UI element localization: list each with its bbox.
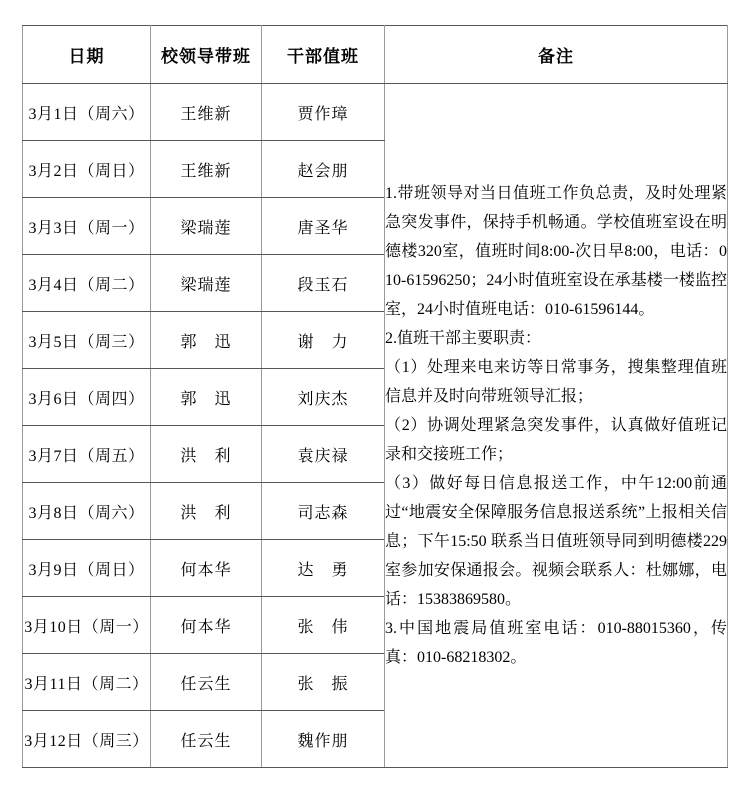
leader-cell: 何本华 <box>151 540 262 597</box>
date-cell: 3月12日（周三） <box>23 711 151 768</box>
cadre-cell: 袁庆禄 <box>262 426 385 483</box>
leader-cell: 郭 迅 <box>151 312 262 369</box>
table-row: 3月1日（周六） 王维新 贾作璋 1.带班领导对当日值班工作负总责，及时处理紧急… <box>23 84 728 141</box>
leader-cell: 梁瑞莲 <box>151 255 262 312</box>
leader-cell: 梁瑞莲 <box>151 198 262 255</box>
col-header-date: 日期 <box>23 26 151 84</box>
note-paragraph: 2.值班干部主要职责： <box>385 324 727 353</box>
duty-roster-table: 日期 校领导带班 干部值班 备注 3月1日（周六） 王维新 贾作璋 1.带班领导… <box>22 25 728 768</box>
note-paragraph: （2）协调处理紧急突发事件，认真做好值班记录和交接班工作； <box>385 411 727 469</box>
cadre-cell: 魏作朋 <box>262 711 385 768</box>
date-cell: 3月9日（周日） <box>23 540 151 597</box>
col-header-cadre: 干部值班 <box>262 26 385 84</box>
date-cell: 3月4日（周二） <box>23 255 151 312</box>
date-cell: 3月7日（周五） <box>23 426 151 483</box>
cadre-cell: 赵会朋 <box>262 141 385 198</box>
leader-cell: 洪 利 <box>151 426 262 483</box>
leader-cell: 何本华 <box>151 597 262 654</box>
date-cell: 3月5日（周三） <box>23 312 151 369</box>
cadre-cell: 谢 力 <box>262 312 385 369</box>
cadre-cell: 刘庆杰 <box>262 369 385 426</box>
date-cell: 3月3日（周一） <box>23 198 151 255</box>
date-cell: 3月11日（周二） <box>23 654 151 711</box>
leader-cell: 郭 迅 <box>151 369 262 426</box>
date-cell: 3月1日（周六） <box>23 84 151 141</box>
notes-cell: 1.带班领导对当日值班工作负总责，及时处理紧急突发事件，保持手机畅通。学校值班室… <box>385 84 728 768</box>
col-header-leader: 校领导带班 <box>151 26 262 84</box>
date-cell: 3月10日（周一） <box>23 597 151 654</box>
date-cell: 3月6日（周四） <box>23 369 151 426</box>
date-cell: 3月8日（周六） <box>23 483 151 540</box>
cadre-cell: 段玉石 <box>262 255 385 312</box>
cadre-cell: 贾作璋 <box>262 84 385 141</box>
note-paragraph: （3）做好每日信息报送工作，中午12:00前通过“地震安全保障服务信息报送系统”… <box>385 469 727 614</box>
col-header-notes: 备注 <box>385 26 728 84</box>
leader-cell: 王维新 <box>151 141 262 198</box>
leader-cell: 王维新 <box>151 84 262 141</box>
leader-cell: 任云生 <box>151 711 262 768</box>
note-paragraph: 1.带班领导对当日值班工作负总责，及时处理紧急突发事件，保持手机畅通。学校值班室… <box>385 179 727 324</box>
note-paragraph: （1）处理来电来访等日常事务，搜集整理值班信息并及时向带班领导汇报； <box>385 353 727 411</box>
cadre-cell: 张 振 <box>262 654 385 711</box>
leader-cell: 洪 利 <box>151 483 262 540</box>
cadre-cell: 唐圣华 <box>262 198 385 255</box>
header-row: 日期 校领导带班 干部值班 备注 <box>23 26 728 84</box>
document-page: 日期 校领导带班 干部值班 备注 3月1日（周六） 王维新 贾作璋 1.带班领导… <box>0 0 752 791</box>
cadre-cell: 张 伟 <box>262 597 385 654</box>
cadre-cell: 司志森 <box>262 483 385 540</box>
note-paragraph: 3.中国地震局值班室电话：010-88015360，传真：010-6821830… <box>385 614 727 672</box>
date-cell: 3月2日（周日） <box>23 141 151 198</box>
leader-cell: 任云生 <box>151 654 262 711</box>
cadre-cell: 达 勇 <box>262 540 385 597</box>
